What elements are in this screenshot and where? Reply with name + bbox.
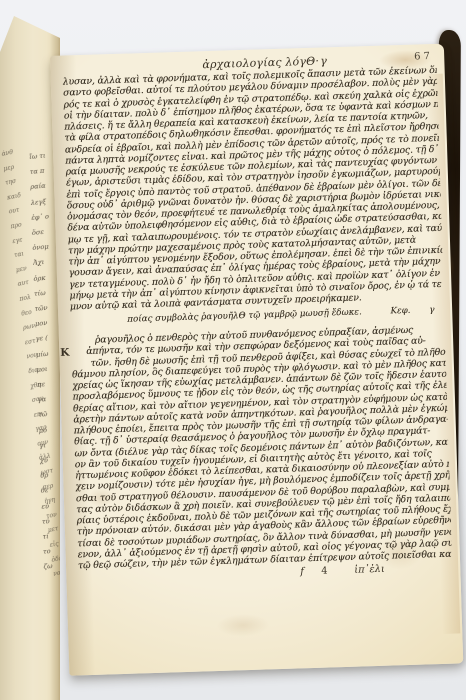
gathering-signature-number: 4 [321, 566, 328, 577]
page-content: ἀρχαιολογίας λόγΘ· γ 67 λυσαν, ἀλλὰ καὶ … [50, 44, 463, 676]
paragraph-2: ῥαγουῆλος ὁ πενθερὸς τὴν αὐτοῦ πυνθανόμε… [71, 324, 452, 572]
margin-initial-letter: K [60, 347, 70, 359]
gathering-signature-letter: f [300, 566, 304, 577]
book-photograph: ἀνθμερτησκαιδουτπροεγεταιμεναυτπολθεορων… [0, 0, 466, 700]
chapter-numeral: γ [429, 305, 435, 315]
paragraph-1: λυσαν, ἀλλὰ καὶ τὰ φρονήματα, καὶ τοῖς π… [63, 65, 444, 313]
catchword: ἰπ᾽ἐλι [354, 564, 385, 576]
right-page: ἀρχαιολογίας λόγΘ· γ 67 λυσαν, ἀλλὰ καὶ … [50, 44, 463, 676]
page-number: 67 [414, 51, 433, 63]
chapter-label: Κεφ. [390, 306, 410, 317]
running-header-book-numeral: γ [320, 54, 327, 67]
chapter-heading-text: ποίας συμβολὰς ῥαγουῆλΘ τῷ γαμβρῷ μωυσῇ … [127, 307, 362, 324]
